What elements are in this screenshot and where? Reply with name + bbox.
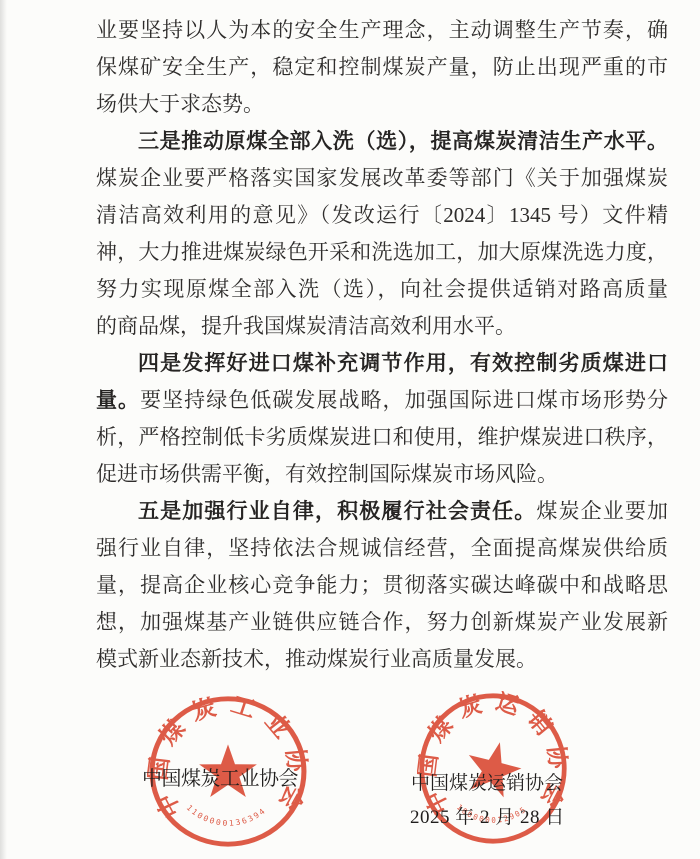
body-text: 清洁高效利用的意见》（发改运行〔2024〕1345 号）文件精: [96, 203, 668, 227]
text-line: 业要坚持以人为本的安全生产理念，主动调整生产节奏，确: [96, 12, 668, 49]
seal-serial-number: 1100000136394: [185, 803, 269, 828]
text-line: 模式新业态新技术，推动煤炭行业高质量发展。: [96, 641, 668, 678]
text-line: 努力实现原煤全部入洗（选），向社会提供适销对路高质量: [96, 271, 668, 308]
text-line: 场供大于求态势。: [96, 86, 668, 123]
text-line: 清洁高效利用的意见》（发改运行〔2024〕1345 号）文件精: [96, 197, 668, 234]
lead-bold-text: 三是推动原煤全部入洗（选），提高煤炭清洁生产水平。: [138, 129, 668, 153]
signature-left-name: 中国煤炭工业协会: [142, 762, 298, 791]
lead-bold-text: 量。: [96, 388, 140, 412]
text-line: 量。要坚持绿色低碳发展战略，加强国际进口煤市场形势分: [96, 382, 668, 419]
text-line: 煤炭企业要严格落实国家发展改革委等部门《关于加强煤炭: [96, 160, 668, 197]
lead-bold-text: 四是发挥好进口煤补充调节作用，有效控制劣质煤进口: [138, 351, 668, 375]
body-text: 析，严格控制低卡劣质煤炭进口和使用，维护煤炭进口秩序，: [96, 425, 668, 449]
text-line: 想，加强煤基产业链供应链合作，努力创新煤炭产业发展新: [96, 604, 668, 641]
body-text: 量，提高企业核心竞争能力；贯彻落实碳达峰碳中和战略思: [96, 573, 668, 597]
text-line: 三是推动原煤全部入洗（选），提高煤炭清洁生产水平。: [96, 123, 668, 160]
body-text: 模式新业态新技术，推动煤炭行业高质量发展。: [96, 647, 537, 671]
body-text: 促进市场供需平衡，有效控制国际煤炭市场风险。: [96, 462, 558, 486]
body-text: 保煤矿安全生产，稳定和控制煤炭产量，防止出现严重的市: [96, 55, 668, 79]
text-line: 四是发挥好进口煤补充调节作用，有效控制劣质煤进口: [96, 345, 668, 382]
text-line: 析，严格控制低卡劣质煤炭进口和使用，维护煤炭进口秩序，: [96, 419, 668, 456]
body-text: 想，加强煤基产业链供应链合作，努力创新煤炭产业发展新: [96, 610, 668, 634]
body-text: 要坚持绿色低碳发展战略，加强国际进口煤市场形势分: [140, 388, 668, 412]
signature-date: 2025 年 2 月 28 日: [410, 802, 565, 829]
signature-right-name: 中国煤炭运销协会: [411, 768, 563, 795]
text-line: 神，大力推进煤炭绿色开采和洗选加工，加大原煤洗选力度，: [96, 234, 668, 271]
body-text: 神，大力推进煤炭绿色开采和洗选加工，加大原煤洗选力度，: [96, 240, 668, 264]
scan-edge-shadow: [0, 0, 7, 859]
body-text: 场供大于求态势。: [96, 92, 264, 116]
body-text: 煤炭企业要加: [536, 499, 668, 523]
text-line: 的商品煤，提升我国煤炭清洁高效利用水平。: [96, 308, 668, 345]
text-line: 促进市场供需平衡，有效控制国际煤炭市场风险。: [96, 456, 668, 493]
text-line: 量，提高企业核心竞争能力；贯彻落实碳达峰碳中和战略思: [96, 567, 668, 604]
text-line: 五是加强行业自律，积极履行社会责任。煤炭企业要加: [96, 493, 668, 530]
text-line: 强行业自律，坚持依法合规诚信经营，全面提高煤炭供给质: [96, 530, 668, 567]
body-text: 的商品煤，提升我国煤炭清洁高效利用水平。: [96, 314, 516, 338]
body-text: 努力实现原煤全部入洗（选），向社会提供适销对路高质量: [96, 277, 668, 301]
lead-bold-text: 五是加强行业自律，积极履行社会责任。: [138, 499, 536, 523]
document-body: 业要坚持以人为本的安全生产理念，主动调整生产节奏，确保煤矿安全生产，稳定和控制煤…: [96, 12, 668, 678]
body-text: 强行业自律，坚持依法合规诚信经营，全面提高煤炭供给质: [96, 536, 668, 560]
body-text: 业要坚持以人为本的安全生产理念，主动调整生产节奏，确: [96, 18, 668, 42]
text-line: 保煤矿安全生产，稳定和控制煤炭产量，防止出现严重的市: [96, 49, 668, 86]
document-page: 业要坚持以人为本的安全生产理念，主动调整生产节奏，确保煤矿安全生产，稳定和控制煤…: [0, 0, 700, 859]
body-text: 煤炭企业要严格落实国家发展改革委等部门《关于加强煤炭: [96, 166, 668, 190]
